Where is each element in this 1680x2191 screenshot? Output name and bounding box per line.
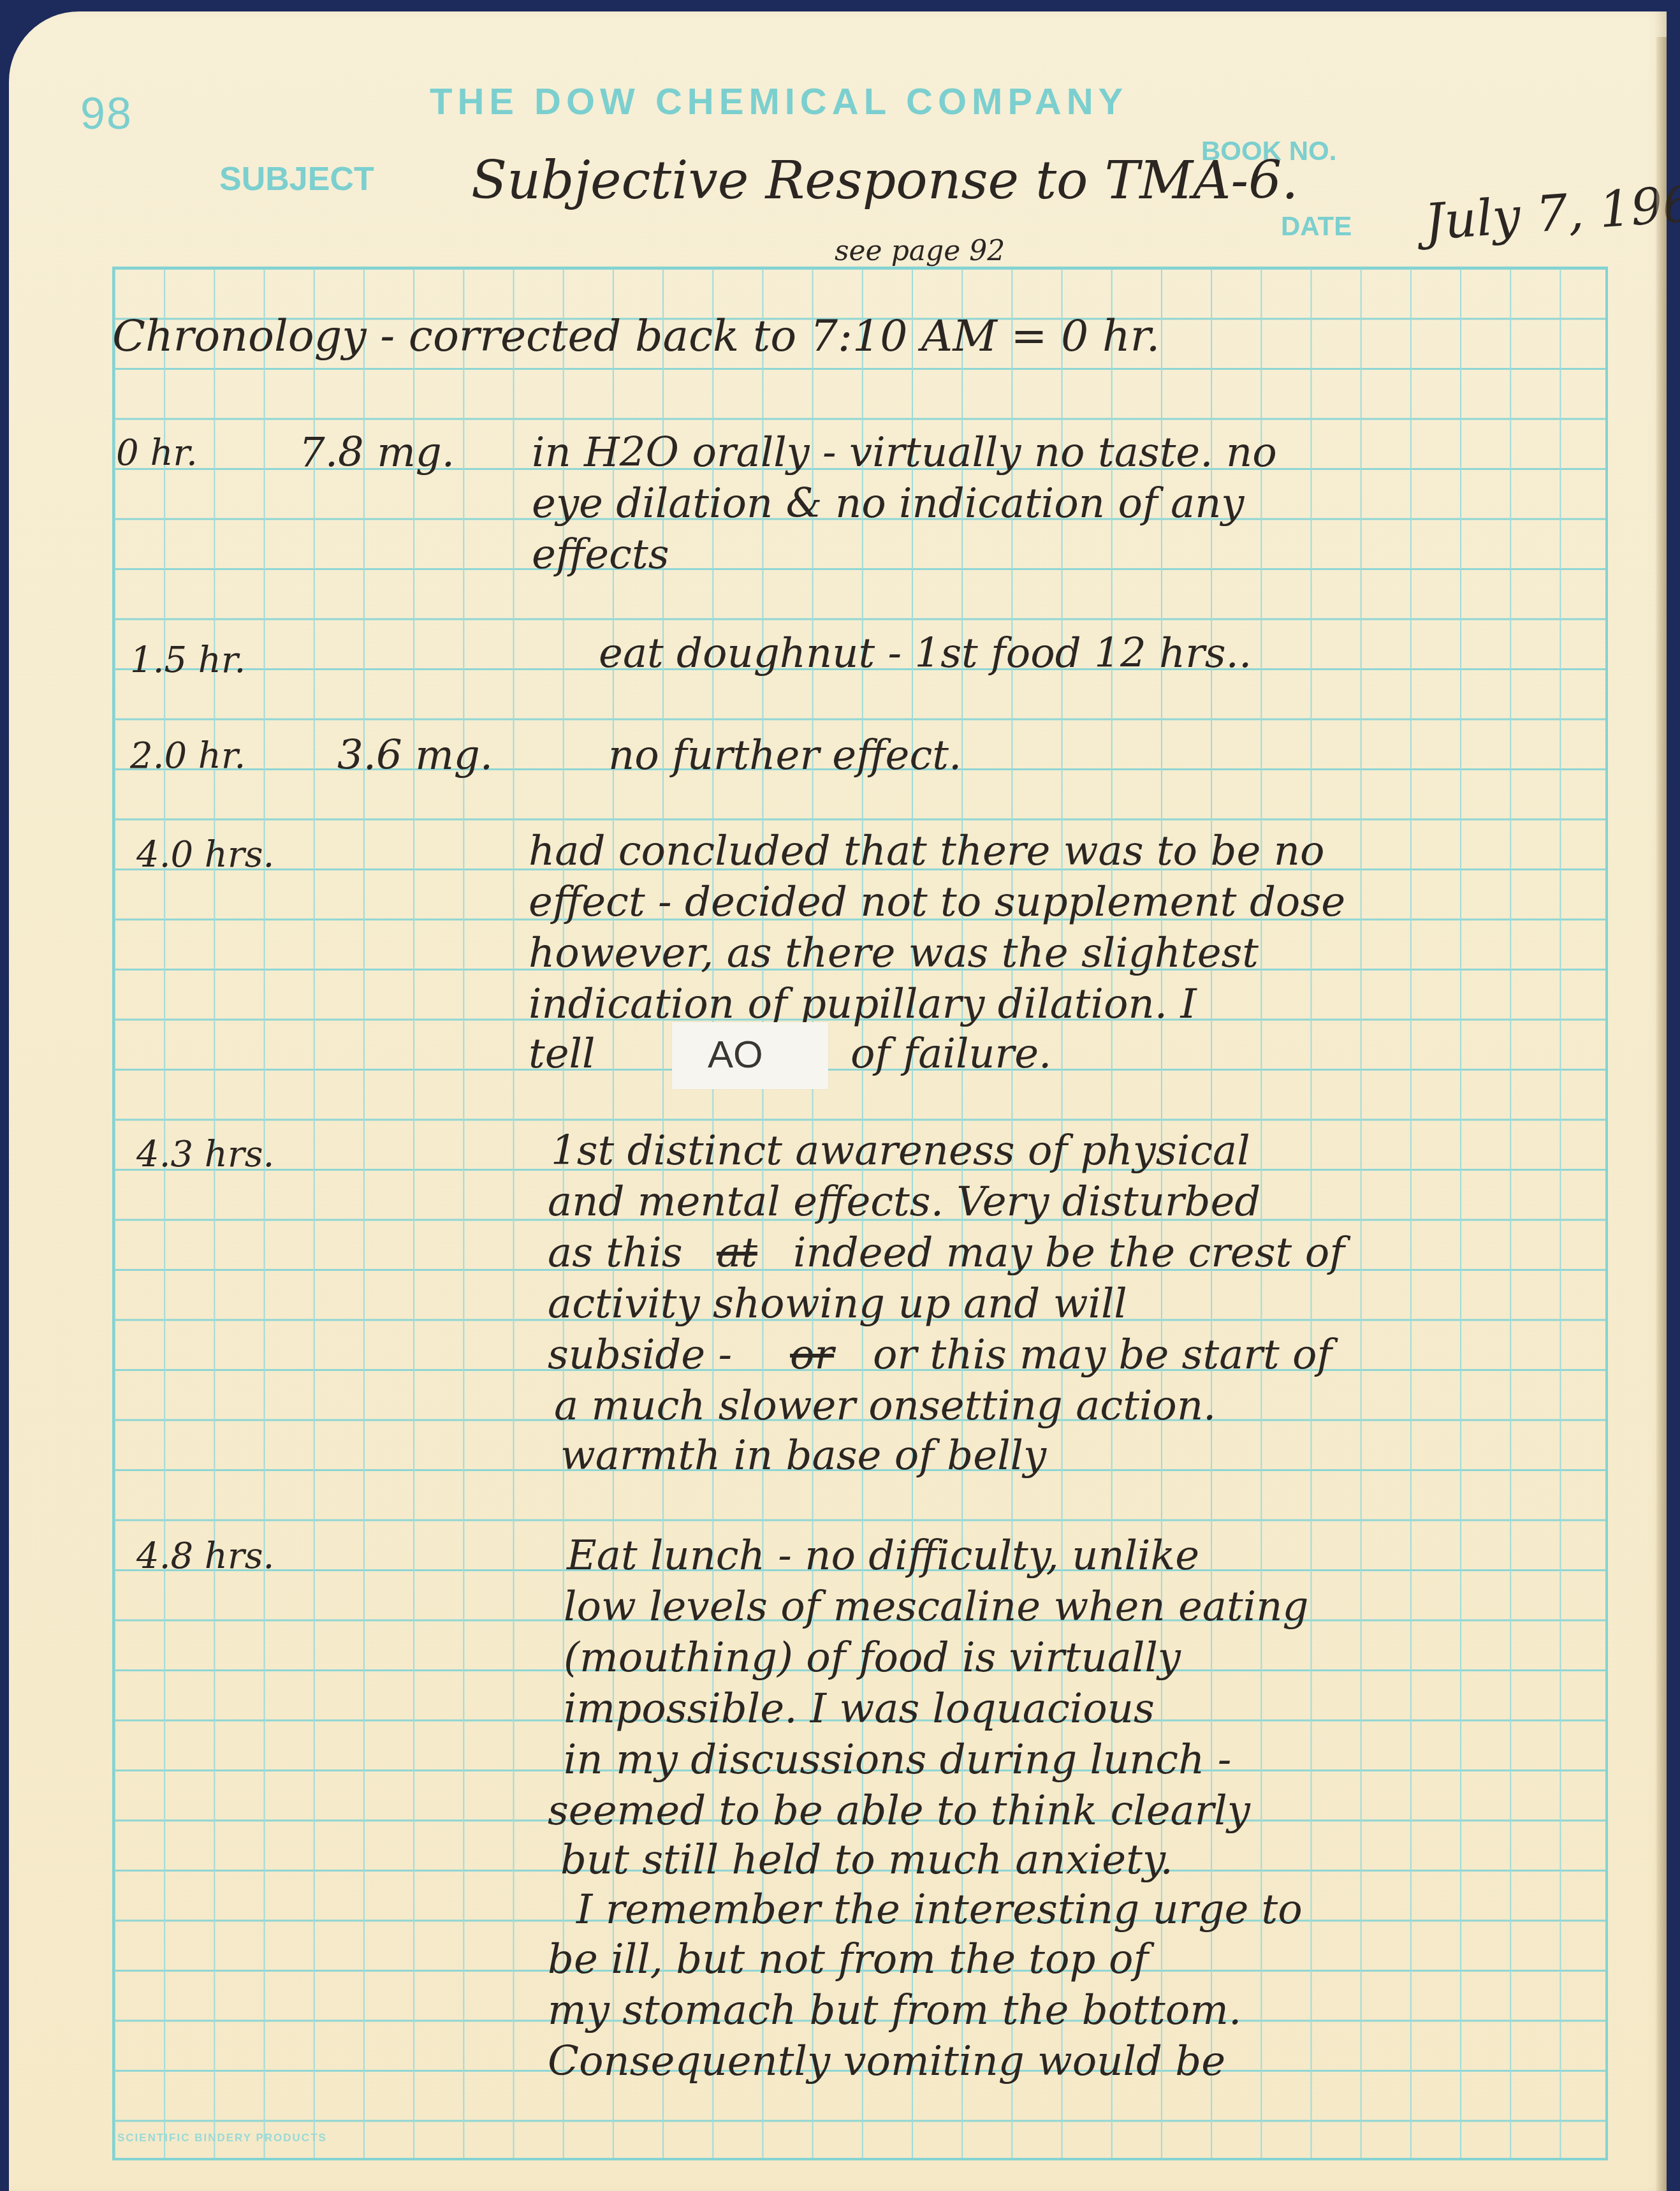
notebook-entries: Chronology - corrected back to 7:10 AM =… [9, 11, 1667, 2191]
entry-line: indication of pupillary dilation. I [529, 981, 1197, 1028]
entry-dose: 3.6 mg. [337, 732, 493, 779]
entry-line: warmth in base of belly [560, 1432, 1046, 1479]
entry-line: eye dilation & no indication of any [532, 480, 1245, 527]
entry-line: indeed may be the crest of [793, 1229, 1345, 1277]
entry-line: in my discussions during lunch - [564, 1736, 1231, 1784]
entry-line: be ill, but not from the top of [548, 1936, 1148, 1983]
entry-time: 4.3 hrs. [136, 1134, 274, 1175]
struck-word: at [717, 1229, 757, 1277]
entry-line: of failure. [851, 1030, 1051, 1078]
entry-line: low levels of mescaline when eating [564, 1583, 1308, 1630]
entry-line: subside - [548, 1331, 732, 1379]
entry-line: 1st distinct awareness of physical [551, 1127, 1250, 1175]
entry-line: a much slower onsetting action. [554, 1382, 1216, 1430]
entry-line: (mouthing) of food is virtually [564, 1634, 1181, 1682]
entry-line: had concluded that there was to be no [529, 828, 1324, 875]
entry-line: no further effect. [608, 732, 961, 779]
entry-line: eat doughnut - 1st food 12 hrs.. [599, 630, 1252, 677]
entry-dose: 7.8 mg. [299, 429, 455, 476]
entry-line: or this may be start of [873, 1331, 1332, 1379]
entry-line: tell [529, 1030, 595, 1078]
entry-line: Consequently vomiting would be [548, 2038, 1225, 2085]
entry-time: 2.0 hr. [130, 735, 245, 777]
entry-line: activity showing up and will [548, 1280, 1127, 1328]
entry-line: however, as there was the slightest [529, 930, 1259, 977]
redacted-initials: AO [708, 1032, 763, 1076]
entry-line: and mental effects. Very disturbed [548, 1178, 1260, 1226]
entry-line: but still held to much anxiety. [560, 1836, 1173, 1884]
notebook-page: 98 THE DOW CHEMICAL COMPANY SUBJECT BOOK… [9, 11, 1667, 2191]
entry-line: effects [532, 531, 669, 578]
entry-line: Eat lunch - no difficulty, unlike [567, 1532, 1199, 1579]
entry-line: my stomach but from the bottom. [548, 1987, 1241, 2034]
chronology-note: Chronology - corrected back to 7:10 AM =… [112, 311, 1160, 362]
redaction-label: AO [672, 1022, 828, 1089]
entry-line: effect - decided not to supplement dose [529, 879, 1345, 926]
entry-line: as this [548, 1229, 683, 1277]
entry-line: in H2O orally - virtually no taste. no [532, 429, 1277, 476]
entry-line: seemed to be able to think clearly [548, 1787, 1250, 1835]
entry-time: 1.5 hr. [130, 640, 245, 681]
entry-line: impossible. I was loquacious [564, 1685, 1155, 1733]
struck-word: or [790, 1331, 834, 1379]
entry-time: 0 hr. [116, 432, 198, 474]
entry-time: 4.0 hrs. [136, 834, 274, 876]
entry-line: I remember the interesting urge to [576, 1886, 1303, 1933]
entry-time: 4.8 hrs. [136, 1535, 274, 1577]
